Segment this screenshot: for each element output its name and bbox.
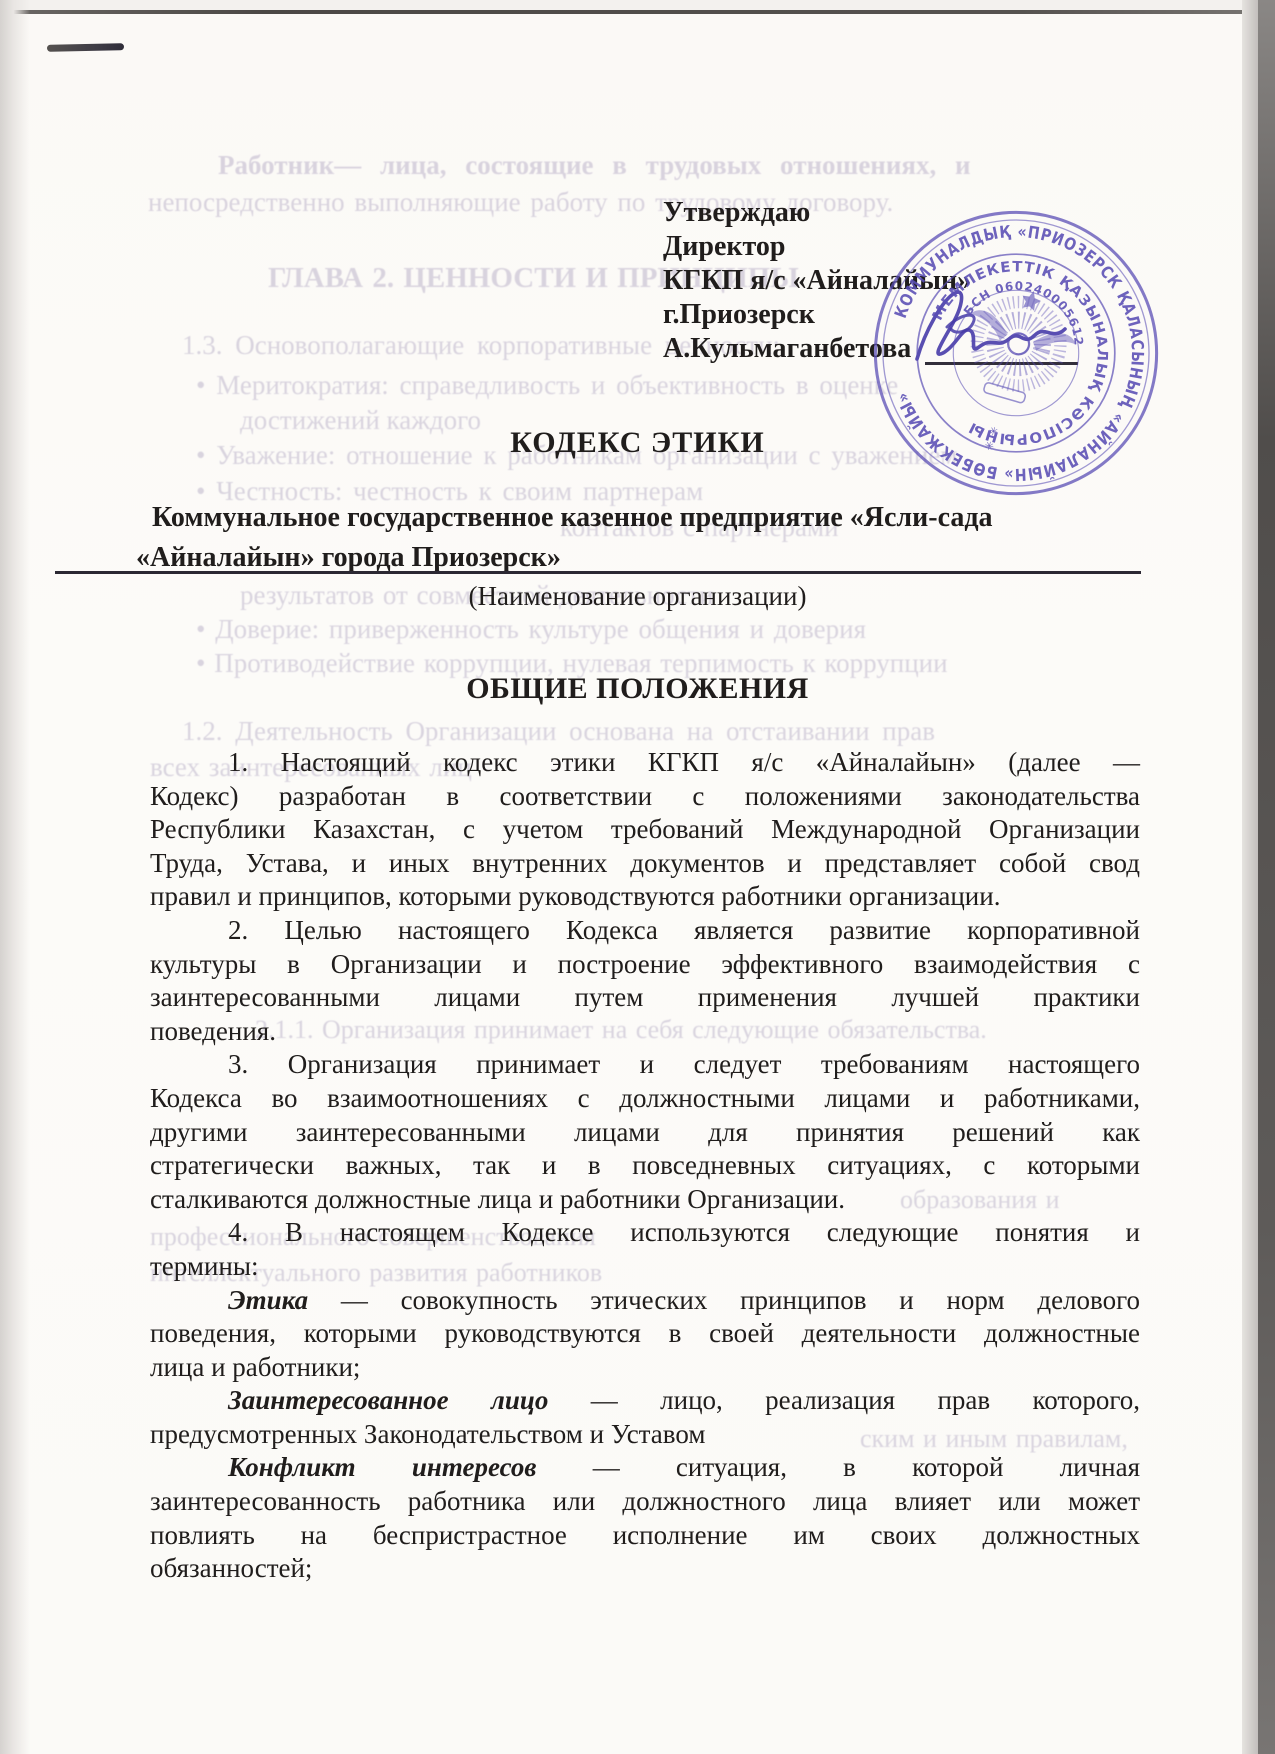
text-line: поведения, которыми руководствуются в св…	[150, 1317, 1140, 1351]
bleed-through-text: • Доверие: приверженность культуре общен…	[196, 614, 866, 645]
text-line: предусмотренных Законодательством и Уста…	[150, 1418, 1140, 1452]
text-line: заинтересованность работника или должнос…	[150, 1485, 1140, 1519]
text-line: Кодекс) разработан в соответствии с поло…	[150, 780, 1140, 814]
text-line: термины:	[150, 1250, 1140, 1284]
organization-name-line: Коммунальное государственное казенное пр…	[136, 498, 1144, 538]
text-line: поведения.	[150, 1015, 1140, 1049]
organization-name-caption: (Наименование организации)	[0, 581, 1275, 612]
text-line: культуры в Организации и построение эффе…	[150, 948, 1140, 982]
paragraph: Конфликт интересов — ситуация, в которой…	[150, 1451, 1140, 1585]
text-line: 1. Настоящий кодекс этики КГКП я/с «Айна…	[150, 746, 1140, 780]
scan-left-edge-shadow	[0, 0, 30, 1754]
paragraph: Этика — совокупность этических принципов…	[150, 1284, 1140, 1385]
text-line: стратегически важных, так и в повседневн…	[150, 1149, 1140, 1183]
text-line: Кодекса во взаимоотношениях с должностны…	[150, 1082, 1140, 1116]
organization-name-underline	[55, 571, 1141, 574]
text-line: Конфликт интересов — ситуация, в которой…	[150, 1451, 1140, 1485]
scan-top-edge-line	[12, 10, 1275, 14]
document-title: КОДЕКС ЭТИКИ	[0, 426, 1275, 460]
scan-mark-artifact	[47, 43, 124, 52]
text-line: 2. Целью настоящего Кодекса является раз…	[150, 914, 1140, 948]
paragraph: 1. Настоящий кодекс этики КГКП я/с «Айна…	[150, 746, 1140, 914]
paragraph: 4. В настоящем Кодексе используются след…	[150, 1216, 1140, 1283]
definition-term: Конфликт интересов	[228, 1452, 536, 1482]
scan-right-edge-shadow	[1258, 0, 1275, 1754]
text-line: Этика — совокупность этических принципов…	[150, 1284, 1140, 1318]
text-line: Республики Казахстан, с учетом требовани…	[150, 813, 1140, 847]
text-line: сталкиваются должностные лица и работник…	[150, 1183, 1140, 1217]
text-line: заинтересованными лицами путем применени…	[150, 981, 1140, 1015]
bleed-through-text: 1.2. Деятельность Организации основана н…	[182, 716, 935, 747]
text-line: Труда, Устава, и иных внутренних докумен…	[150, 847, 1140, 881]
bleed-through-text: • Меритократия: справедливость и объекти…	[196, 370, 898, 401]
organization-name: Коммунальное государственное казенное пр…	[136, 498, 1144, 578]
text-line: лица и работники;	[150, 1351, 1140, 1385]
text-line: другими заинтересованными лицами для при…	[150, 1116, 1140, 1150]
text-line: обязанностей;	[150, 1552, 1140, 1586]
scanned-document-page: Работник— лица, состоящие в трудовых отн…	[0, 0, 1275, 1754]
paragraph: Заинтересованное лицо — лицо, реализация…	[150, 1384, 1140, 1451]
body-text: 1. Настоящий кодекс этики КГКП я/с «Айна…	[150, 746, 1140, 1586]
paragraph: 3. Организация принимает и следует требо…	[150, 1048, 1140, 1216]
text-line: 3. Организация принимает и следует требо…	[150, 1048, 1140, 1082]
bleed-through-text: Работник— лица, состоящие в трудовых отн…	[218, 150, 971, 181]
text-line: 4. В настоящем Кодексе используются след…	[150, 1216, 1140, 1250]
text-line: правил и принципов, которыми руководству…	[150, 880, 1140, 914]
text-line: Заинтересованное лицо — лицо, реализация…	[150, 1384, 1140, 1418]
scan-top-strip	[0, 0, 1275, 10]
section-heading: ОБЩИЕ ПОЛОЖЕНИЯ	[0, 672, 1275, 706]
stamp-emblem-icon	[950, 276, 1087, 413]
paragraph: 2. Целью настоящего Кодекса является раз…	[150, 914, 1140, 1048]
definition-term: Заинтересованное лицо	[228, 1385, 548, 1415]
text-line: повлиять на беспристрастное исполнение и…	[150, 1519, 1140, 1553]
scan-right-edge-highlight	[1242, 0, 1258, 1754]
definition-term: Этика	[228, 1285, 308, 1315]
